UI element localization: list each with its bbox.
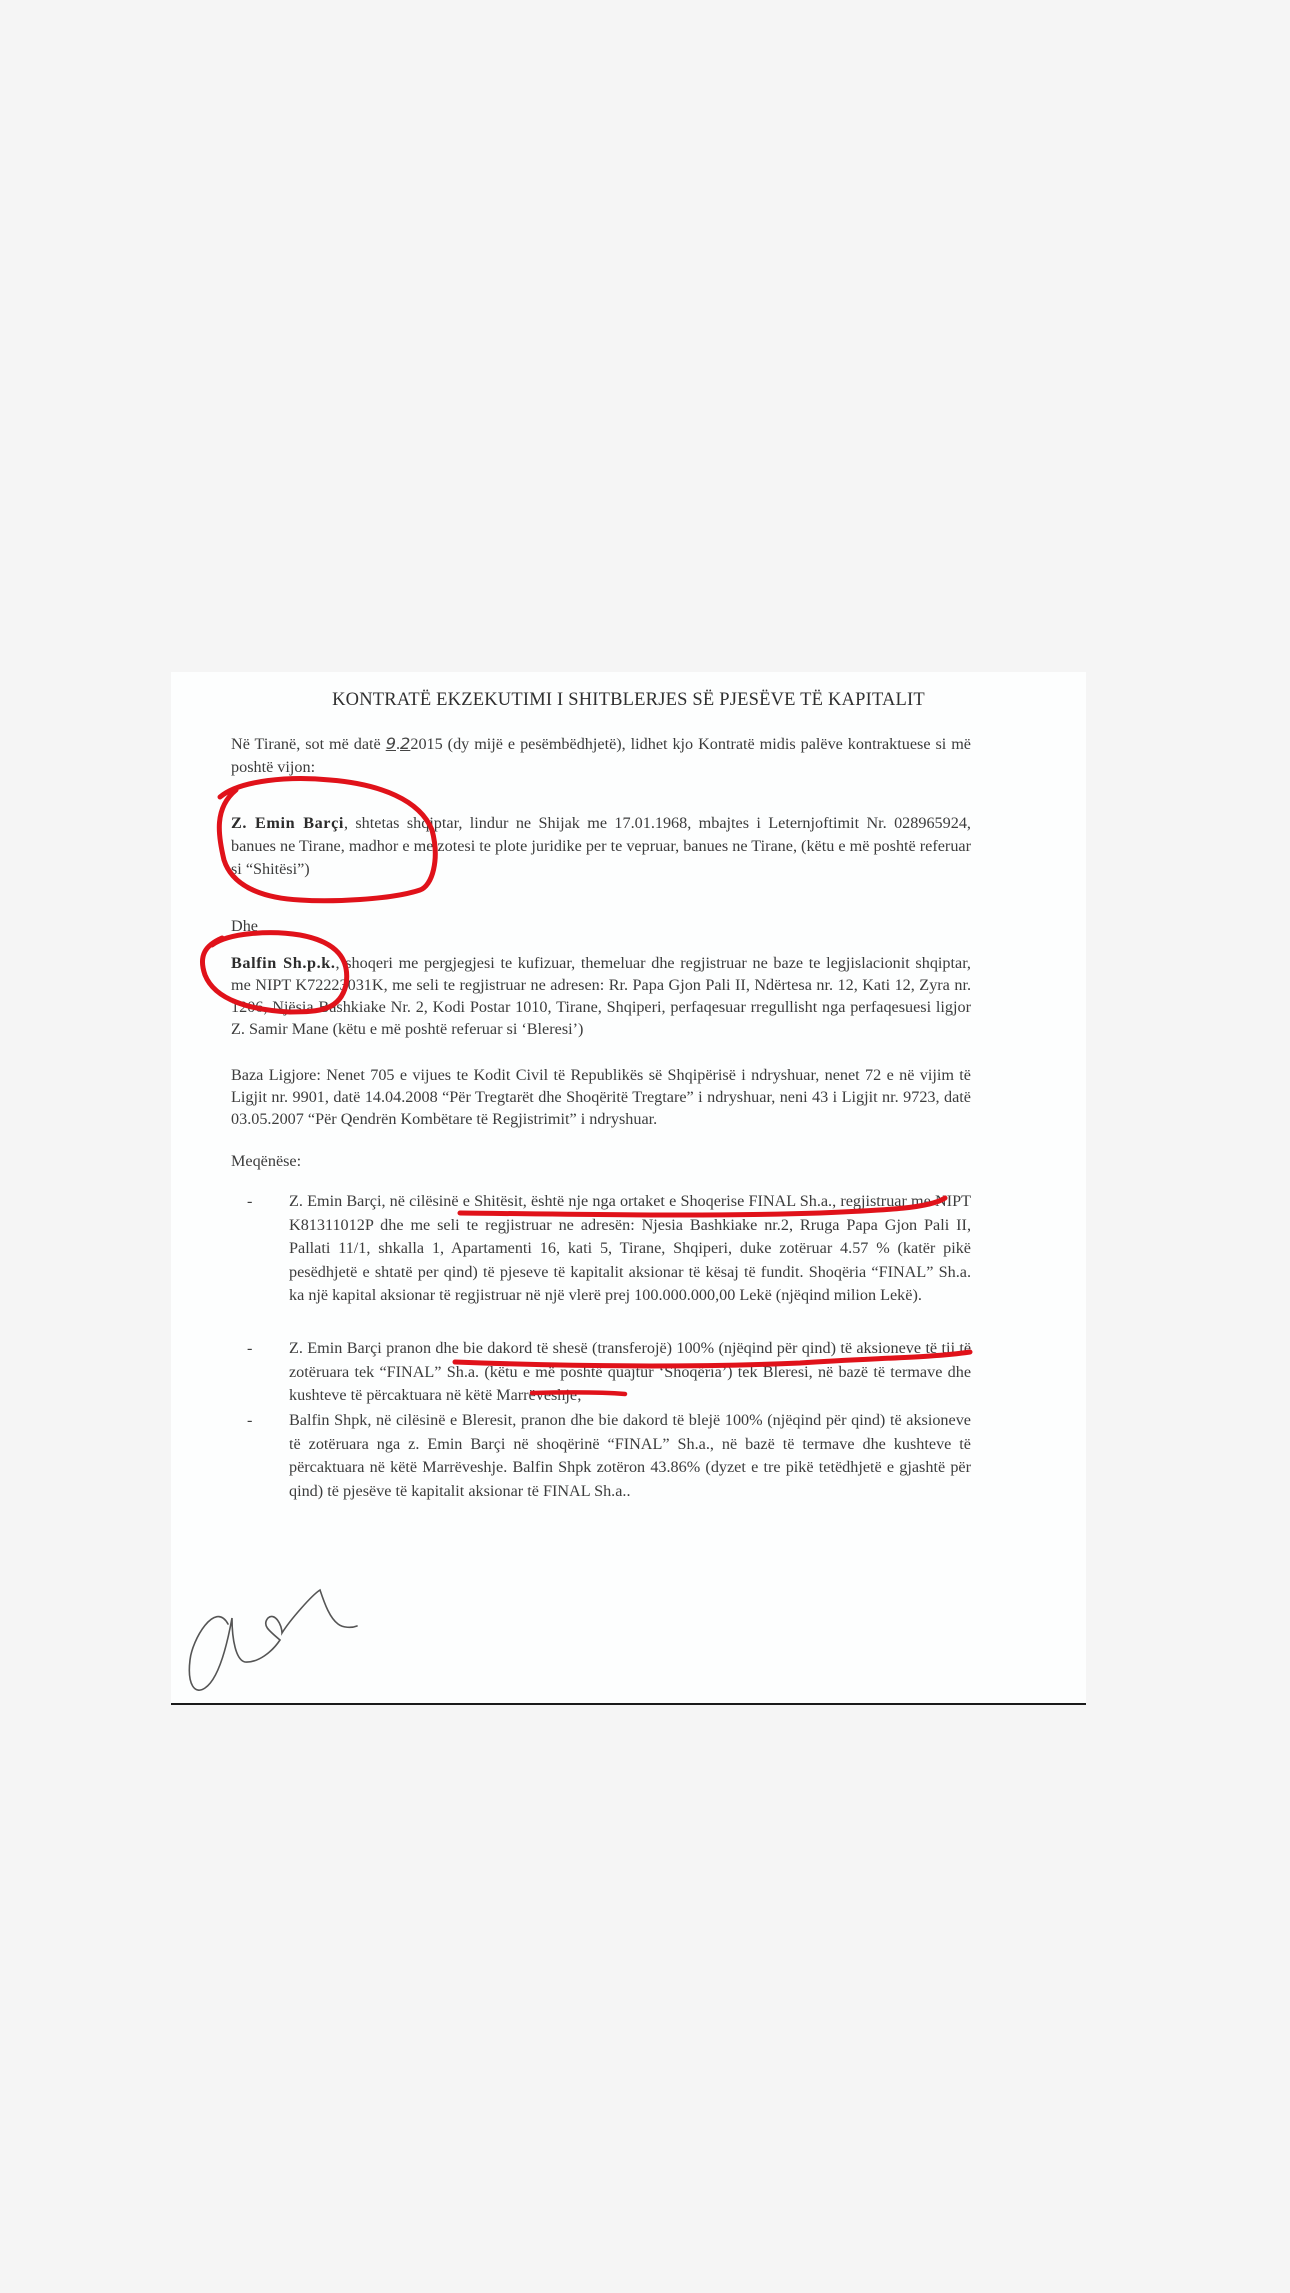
- buyer-name: Balfin Sh.p.k.: [231, 954, 336, 972]
- whereas-item-text: Balfin Shpk, në cilësinë e Bleresit, pra…: [289, 1411, 971, 1500]
- whereas-label: Meqënëse:: [231, 1150, 971, 1173]
- whereas-item-text: Z. Emin Barçi, në cilësinë e Shitësit, ë…: [289, 1192, 971, 1304]
- handwritten-day: 9: [386, 734, 396, 753]
- whereas-item-text: Z. Emin Barçi pranon dhe bie dakord të s…: [289, 1339, 971, 1404]
- whereas-item: - Z. Emin Barçi pranon dhe bie dakord të…: [289, 1337, 971, 1408]
- handwritten-month: 2: [400, 734, 410, 753]
- intro-paragraph: Në Tiranë, sot më datë 9.22015 (dy mijë …: [231, 732, 971, 779]
- bullet-dash: -: [247, 1409, 252, 1433]
- intro-prefix: Në Tiranë, sot më datë: [231, 735, 386, 753]
- buyer-details: , shoqeri me pergjegjesi te kufizuar, th…: [231, 954, 971, 1038]
- contract-page: KONTRATË EKZEKUTIMI I SHITBLERJES SË PJE…: [171, 672, 1086, 1705]
- seller-name: Z. Emin Barçi: [231, 814, 344, 832]
- whereas-item: - Balfin Shpk, në cilësinë e Bleresit, p…: [289, 1409, 971, 1503]
- bullet-dash: -: [247, 1337, 252, 1361]
- legal-basis: Baza Ligjore: Nenet 705 e vijues te Kodi…: [231, 1064, 971, 1130]
- seller-paragraph: Z. Emin Barçi, shtetas shqiptar, lindur …: [231, 812, 971, 881]
- conjunction: Dhe: [231, 915, 971, 938]
- document-title: KONTRATË EKZEKUTIMI I SHITBLERJES SË PJE…: [171, 690, 1086, 711]
- buyer-paragraph: Balfin Sh.p.k., shoqeri me pergjegjesi t…: [231, 952, 971, 1040]
- whereas-item: - Z. Emin Barçi, në cilësinë e Shitësit,…: [289, 1190, 971, 1308]
- bullet-dash: -: [247, 1190, 252, 1214]
